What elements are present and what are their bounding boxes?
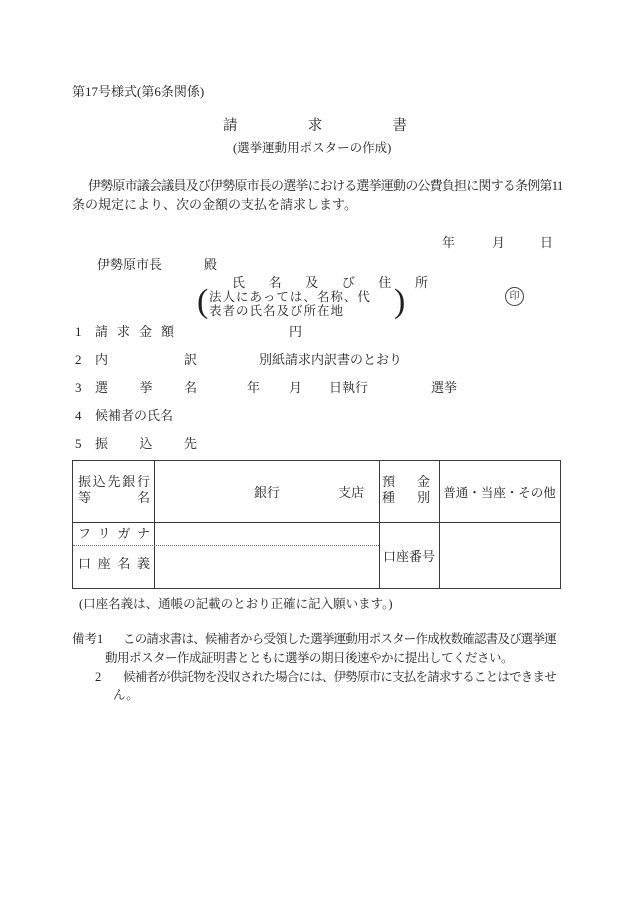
deposit-type-line1: 預 金 xyxy=(382,474,430,490)
branch-suffix-label: 支店 xyxy=(338,485,364,501)
item-2-value: 別紙請求内訳書のとおり xyxy=(259,353,402,367)
table-border-vertical-2 xyxy=(379,461,380,588)
table-border-vertical-3 xyxy=(439,461,440,588)
document-page: 第17号様式(第6条関係) 請 求 書 (選挙運動用ポスターの作成) 伊勢原市議… xyxy=(0,0,630,915)
account-name-note: (口座名義は、通帳の記載のとおり正確に記入願います。) xyxy=(79,597,393,611)
table-border-horizontal xyxy=(73,522,560,523)
item-1-unit-yen: 円 xyxy=(289,325,302,339)
item-3-election-label: 選挙 xyxy=(431,381,457,395)
remarks-1-line-1: この請求書は、候補者から受領した選挙運動用ポスター作成枚数確認書及び選挙運 xyxy=(123,632,556,646)
bank-transfer-table: 振込先銀行 等 名 銀行 支店 預 金 種 別 普通・当座・その他 フ リ ガ … xyxy=(72,460,561,589)
remarks-label: 備考1 xyxy=(72,632,103,646)
addressee: 伊勢原市長 xyxy=(97,258,162,272)
doc-subtitle: (選挙運動用ポスターの作成) xyxy=(233,141,391,155)
item-3-label: 選 挙 名 xyxy=(95,381,197,395)
intro-line-2: 条の規定により、次の金額の支払を請求します。 xyxy=(72,198,357,212)
deposit-type-options: 普通・当座・その他 xyxy=(440,485,559,501)
remarks-2-line-1: 候補者が供託物を没収された場合には、伊勢原市に支払を請求することはできませ xyxy=(123,670,556,684)
furigana-label: フ リ ガ ナ xyxy=(78,526,150,542)
bank-suffix-label: 銀行 xyxy=(254,485,280,501)
item-4-number: 4 xyxy=(75,409,82,423)
corp-note-line-2: 表者の氏名及び所在地 xyxy=(209,304,344,318)
corp-note-paren-right: ) xyxy=(394,285,405,319)
remarks-2-line-2: ん。 xyxy=(113,688,139,702)
intro-line-1: 伊勢原市議会議員及び伊勢原市長の選挙における選挙運動の公費負担に関する条例第11 xyxy=(88,179,563,193)
item-3-day-exec-label: 日執行 xyxy=(329,381,368,395)
item-5-label: 振 込 先 xyxy=(95,437,197,451)
item-4-label: 候補者の氏名 xyxy=(95,409,173,423)
deposit-type-header: 預 金 種 別 xyxy=(382,474,430,506)
account-number-label: 口座番号 xyxy=(379,549,439,565)
date-day-label: 日 xyxy=(540,236,553,250)
bank-name-header-line2: 等 名 xyxy=(78,490,150,506)
remarks-1-line-2: 動用ポスター作成証明書とともに選挙の期日後速やかに提出してください。 xyxy=(105,651,513,665)
item-1-number: 1 xyxy=(75,325,82,339)
corp-note-line-1: 法人にあっては、名称、代 xyxy=(209,290,371,304)
date-year-label: 年 xyxy=(442,236,455,250)
bank-name-header: 振込先銀行 等 名 xyxy=(78,474,150,506)
remarks-2-number: 2 xyxy=(95,670,101,684)
seal-icon: 印 xyxy=(505,287,524,306)
item-3-number: 3 xyxy=(75,381,82,395)
table-border-vertical-1 xyxy=(154,461,155,588)
item-3-year-label: 年 xyxy=(247,381,260,395)
deposit-type-line2: 種 別 xyxy=(382,490,430,506)
corp-note-paren-left: ( xyxy=(197,285,208,319)
bank-name-header-line1: 振込先銀行 xyxy=(78,474,150,490)
account-name-label: 口 座 名 義 xyxy=(78,556,150,572)
addressee-honorific: 殿 xyxy=(204,258,217,272)
item-5-number: 5 xyxy=(75,437,82,451)
date-month-label: 月 xyxy=(492,236,505,250)
item-3-month-label: 月 xyxy=(289,381,302,395)
item-2-label: 内 訳 xyxy=(95,353,197,367)
doc-title: 請 求 書 xyxy=(223,119,407,133)
form-number: 第17号様式(第6条関係) xyxy=(72,85,204,99)
item-1-label: 請 求 金 額 xyxy=(95,325,174,339)
furigana-divider xyxy=(73,545,379,546)
item-2-number: 2 xyxy=(75,353,82,367)
